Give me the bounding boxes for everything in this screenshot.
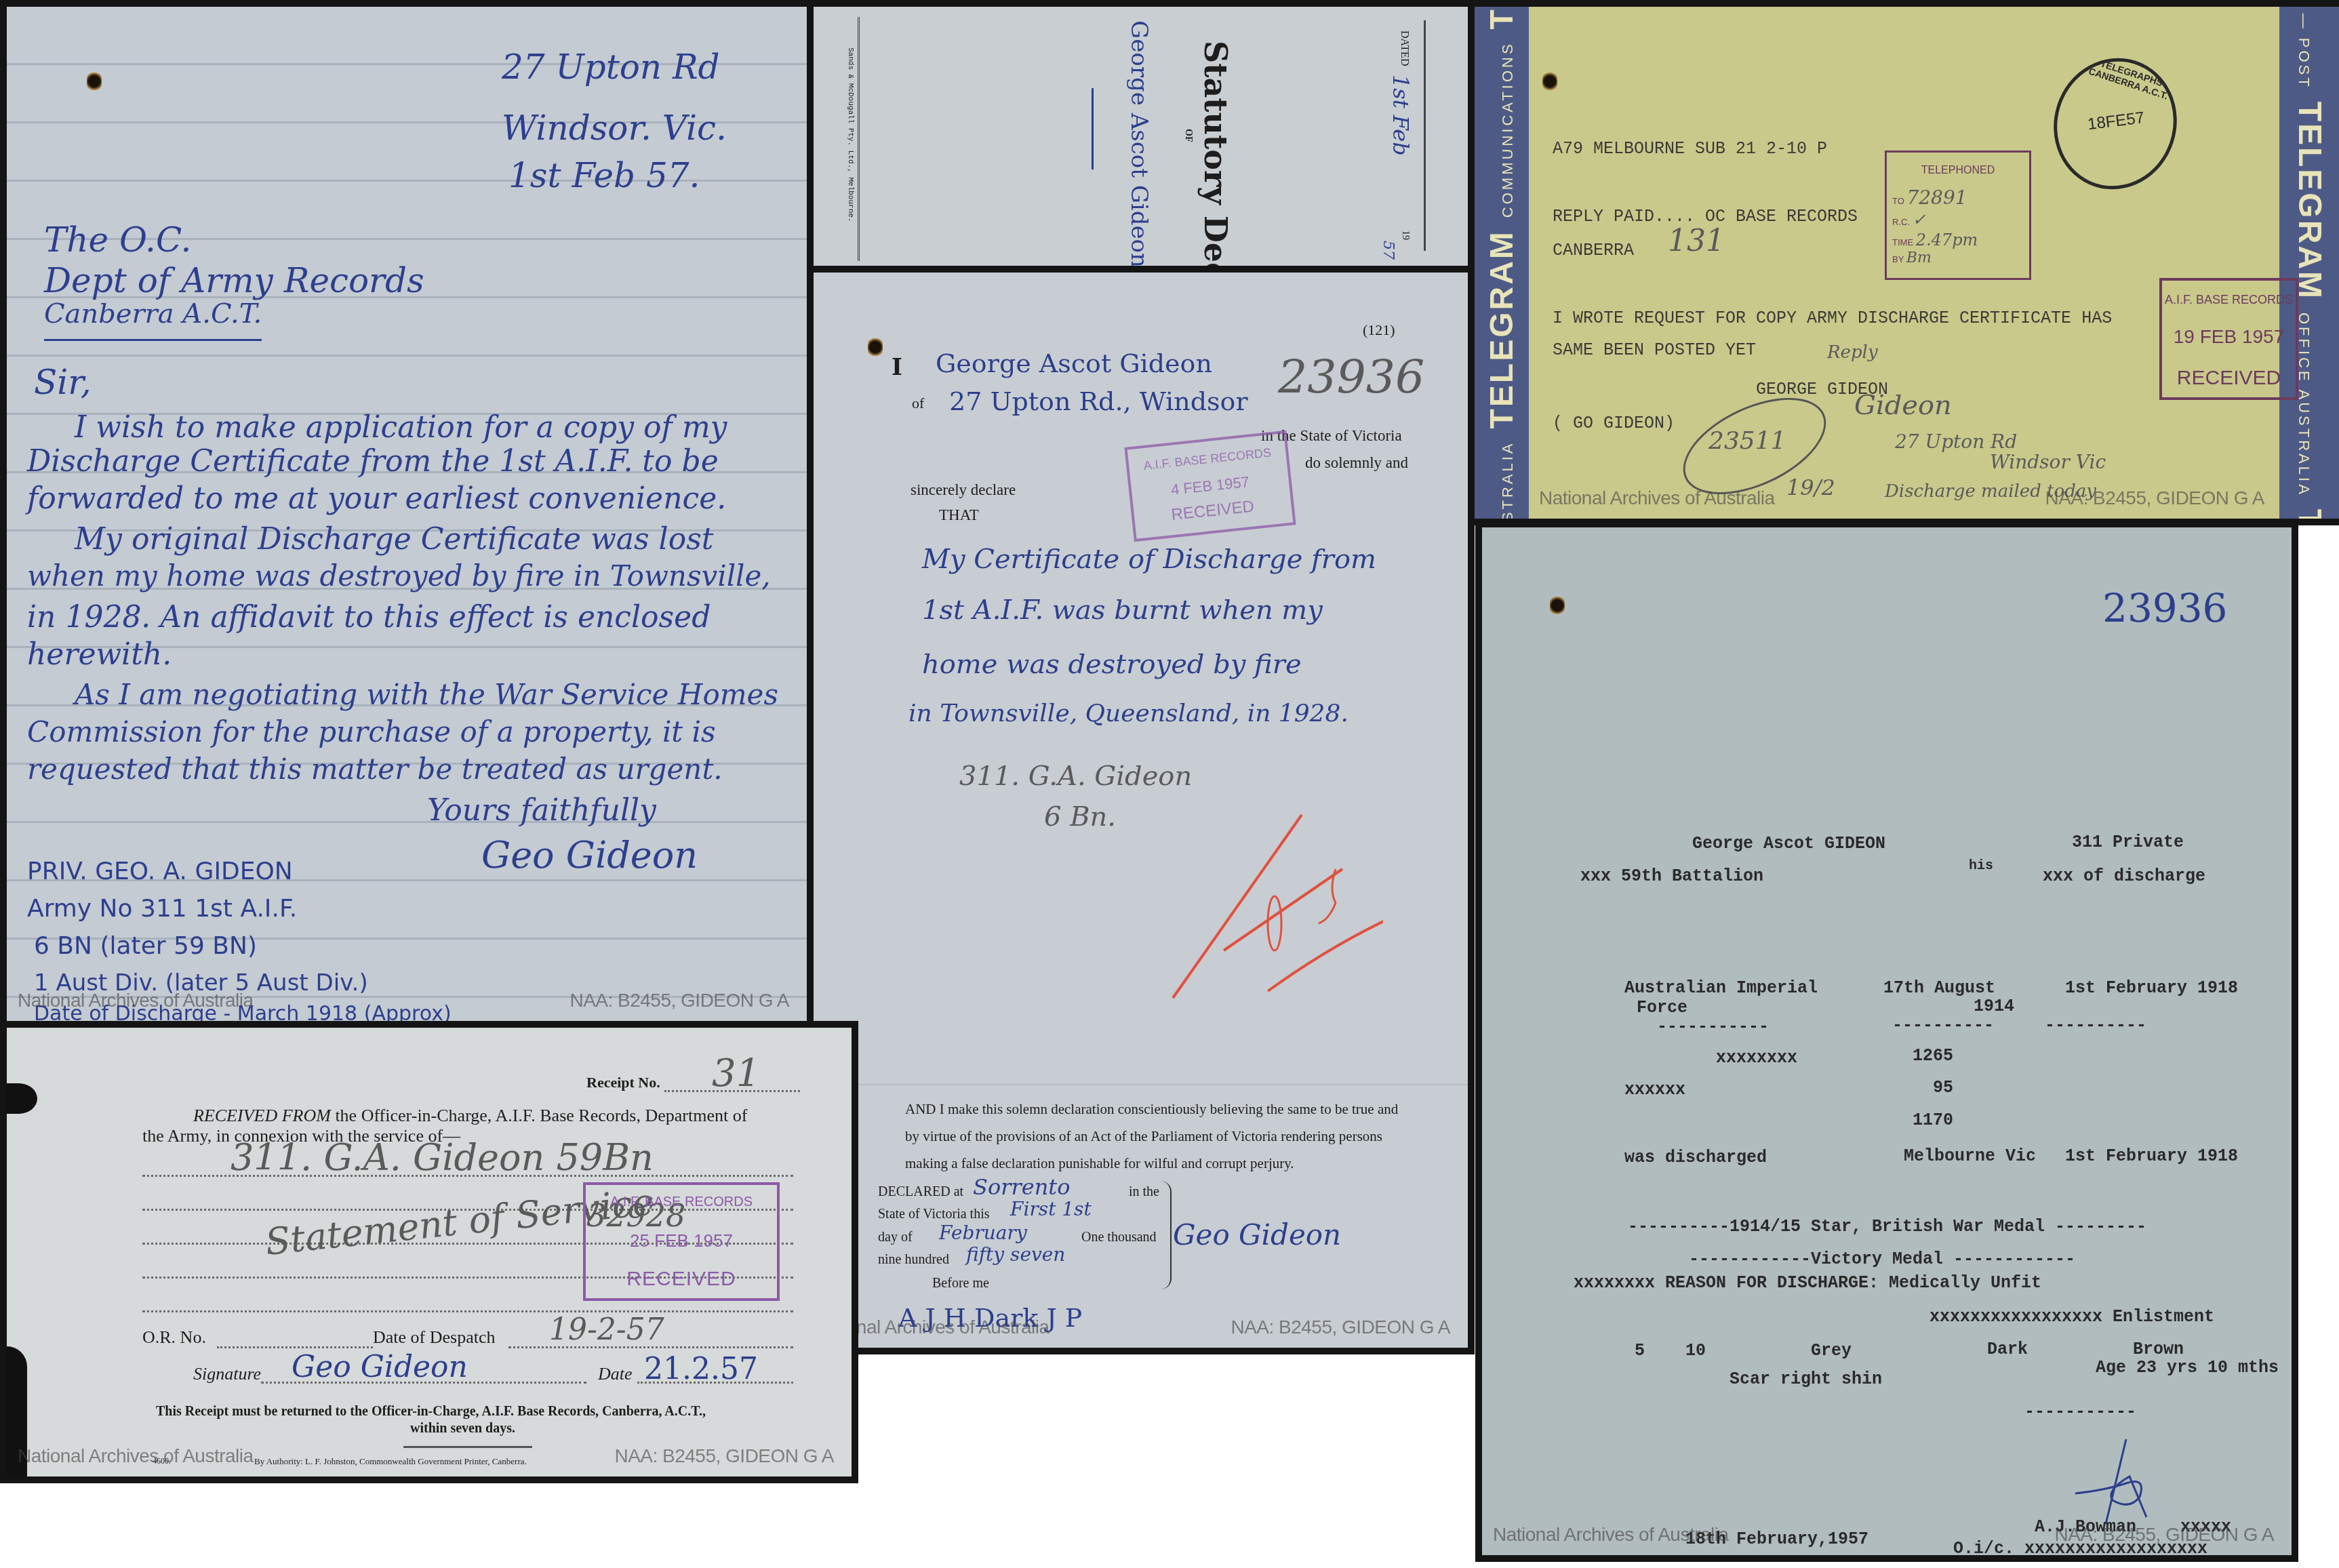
eyes: Grey: [1811, 1341, 1852, 1361]
i-label: I: [892, 354, 902, 381]
archive-watermark: National Archives of Australia: [1539, 487, 1775, 509]
letter-address-line: Windsor. Vic.: [502, 108, 727, 148]
reason-for-discharge: xxxxxxxx REASON FOR DISCHARGE: Medically…: [1574, 1273, 2041, 1293]
declarant-signature: Geo Gideon: [1173, 1218, 1341, 1251]
time-value: 2.47pm: [1916, 230, 1978, 249]
receipt-no-value: 31: [712, 1051, 760, 1095]
sincerely-text: sincerely declare: [911, 481, 1016, 499]
annotation: Gideon: [1854, 390, 1952, 421]
telegram: POST OFFICE AUSTRALIATELEGRAMCOMMUNICATI…: [1468, 0, 2339, 525]
message-line: SAME BEEN POSTED YET: [1553, 340, 1756, 360]
dash-rule: -----------: [1657, 1017, 1769, 1037]
postmark-ring-text: TELEGRAPHS CANBERRA A.C.T.: [2072, 50, 2188, 106]
reference-watermark: NAA: B2455, GIDEON G A: [569, 990, 789, 1011]
dotted-line: [142, 1175, 793, 1177]
letter-detail-line: 6 BN (later 59 BN): [34, 932, 257, 960]
form-number: (121): [1363, 321, 1395, 339]
binder-clip-icon: [0, 1083, 37, 1114]
printer-imprint: Sands & McDougall Pty. Ltd., Melbourne.: [846, 47, 854, 222]
in-the-label: in the: [1129, 1184, 1159, 1200]
force-line: Australian Imperial: [1624, 978, 1818, 998]
by-label: BY: [1892, 254, 1904, 264]
solemn-text-line: by virtue of the provisions of an Act of…: [905, 1128, 1382, 1145]
annotation: 19/2: [1786, 475, 1835, 500]
annotation: 23511: [1708, 427, 1786, 455]
discharged-label: was discharged: [1624, 1148, 1767, 1167]
message-line: I WROTE REQUEST FOR COPY ARMY DISCHARGE …: [1553, 308, 2112, 328]
reference-watermark: NAA: B2455, GIDEON G A: [1231, 1316, 1450, 1338]
return-notice-2: within seven days.: [410, 1421, 515, 1436]
postmark: TELEGRAPHS CANBERRA A.C.T. 18FE57: [2037, 42, 2193, 205]
letter-body-line: requested that this matter be treated as…: [27, 752, 723, 786]
letter-body-line: when my home was destroyed by fire in To…: [27, 559, 771, 592]
height-inches: 10: [1685, 1341, 1706, 1361]
reference-watermark: NAA: B2455, GIDEON G A: [2054, 1524, 2274, 1546]
time-label: TIME: [1892, 237, 1913, 247]
state-this-label: State of Victoria this: [878, 1207, 990, 1222]
archive-watermark: National Archives of Australia: [18, 990, 254, 1011]
received-from-label: RECEIVED FROM: [193, 1106, 331, 1125]
cover-dated-label: DATED: [1398, 31, 1410, 66]
statement-line: My Certificate of Discharge from: [922, 544, 1376, 575]
telegram-band-right: COMMUNICATIONS — POSTTELEGRAMOFFICE AUST…: [2279, 7, 2339, 519]
cover-year-prefix: 19: [1399, 230, 1410, 240]
despatch-label: Date of Despatch: [373, 1327, 495, 1348]
to-label: TO: [1892, 196, 1904, 206]
solemnly-text: do solemnly and: [1305, 454, 1408, 472]
stamp-line: A.I.F. BASE RECORDS: [2162, 293, 2296, 307]
dash-rule: ----------: [1892, 1016, 1994, 1035]
days-value: 1170: [1913, 1110, 1953, 1130]
annotation: 27 Upton Rd: [1895, 430, 2017, 453]
before-me-label: Before me: [932, 1276, 989, 1291]
pencil-annotation: 6 Bn.: [1044, 801, 1116, 832]
medals-line: ----------1914/15 Star, British War Meda…: [1628, 1217, 2146, 1237]
letter-date: 1st Feb 57.: [508, 156, 700, 195]
letter-recipient-line: The O.C.: [44, 220, 191, 260]
letter-body-line: I wish to make application for a copy of…: [75, 410, 727, 445]
dash-rule: ----------: [2045, 1016, 2146, 1035]
return-notice: This Receipt must be returned to the Off…: [156, 1404, 706, 1420]
cover-rule: [858, 17, 862, 261]
service-of-value: 311. G.A. Gideon 59Bn: [231, 1136, 654, 1179]
received-stamp: A.I.F. BASE RECORDS 25 FEB 1957 RECEIVED: [583, 1182, 780, 1301]
postmark-date: 18FE57: [2058, 105, 2174, 138]
annotation: Windsor Vic: [1990, 451, 2106, 473]
telegram-band-text: COMMUNICATIONS — POSTTELEGRAMOFFICE AUST…: [2291, 7, 2328, 519]
telephoned-box: TELEPHONED TO 72891 R.C. ✓ TIME 2.47pm B…: [1885, 150, 2031, 280]
letter-recipient-line: Canberra A.C.T.: [44, 298, 262, 341]
signature-value: Geo Gideon: [292, 1350, 468, 1384]
enlisted-year: 1914: [1974, 997, 2014, 1016]
archive-watermark: National Archives of Australia: [18, 1445, 254, 1467]
annotation: Reply: [1827, 342, 1878, 363]
of-discharge: xxx of discharge: [2043, 866, 2205, 886]
dash-rule: -----------: [2024, 1402, 2136, 1422]
letter-body-line: As I am negotiating with the War Service…: [75, 678, 778, 711]
statutory-declaration: (121) I George Ascot Gideon of 27 Upton …: [807, 266, 1475, 1354]
received-from-text: the Officer-in-Charge, A.I.F. Base Recor…: [335, 1106, 747, 1125]
solemn-text-line: making a false declaration punishable fo…: [905, 1155, 1294, 1172]
discharge-certificate-copy: 23936 George Ascot GIDEON 311 Private xx…: [1475, 521, 2298, 1562]
signature-label: Signature: [193, 1364, 261, 1384]
cover-underline: [1092, 88, 1094, 169]
cover-year-suffix: 57: [1380, 241, 1397, 260]
by-value: Bm: [1906, 249, 1932, 266]
letter-closing: Yours faithfully: [427, 793, 656, 828]
his-insert: his: [1969, 858, 1993, 874]
letter-scan: 27 Upton Rd Windsor. Vic. 1st Feb 57. Th…: [0, 0, 814, 1028]
letter-detail-line: Army No 311 1st A.I.F.: [27, 895, 297, 923]
sender-ref: ( GO GIDEON): [1553, 414, 1675, 433]
letter-body-line: Commission for the purchase of a propert…: [27, 715, 716, 748]
declarant-name: George Ascot Gideon: [936, 348, 1212, 378]
days-value: 1265: [1913, 1046, 1953, 1066]
stamp-line: A.I.F. BASE RECORDS: [1128, 444, 1286, 475]
age: Age 23 yrs 10 mths: [2096, 1358, 2279, 1378]
rc-label: R.C.: [1892, 217, 1910, 227]
letter-body-line: My original Discharge Certificate was lo…: [75, 522, 713, 557]
day-value: First 1st: [1010, 1198, 1092, 1220]
telegram-band-left: POST OFFICE AUSTRALIATELEGRAMCOMMUNICATI…: [1475, 7, 1529, 519]
days-label: xxxxxxxx: [1716, 1048, 1797, 1068]
that-label: THAT: [939, 506, 979, 524]
height-feet: 5: [1635, 1341, 1645, 1361]
to-value: 72891: [1906, 186, 1967, 209]
file-number: 23936: [2102, 585, 2228, 631]
punch-hole-icon: [87, 71, 102, 92]
enlistment-line: xxxxxxxxxxxxxxxxx Enlistment: [1930, 1307, 2214, 1327]
reference-watermark: NAA: B2455, GIDEON G A: [614, 1445, 834, 1467]
dotted-line: [217, 1346, 373, 1348]
month-value: February: [939, 1222, 1027, 1244]
letter-signature: Geo Gideon: [481, 834, 698, 877]
hair: Brown: [2133, 1340, 2184, 1359]
pencil-annotation: 311. G.A. Gideon: [959, 761, 1192, 792]
letter-body-line: herewith.: [27, 637, 172, 672]
unit: xxx 59th Battalion: [1580, 866, 1763, 886]
statutory-declaration-cover: Sands & McDougall Pty. Ltd., Melbourne. …: [807, 0, 1475, 273]
punch-hole-icon: [1550, 595, 1565, 616]
enlisted-date: 17th August: [1883, 978, 1995, 998]
date-label: Date: [598, 1364, 633, 1384]
statement-line: in Townsville, Queensland, in 1928.: [908, 700, 1348, 727]
file-number: 23936: [1278, 350, 1424, 404]
destination: CANBERRA: [1553, 241, 1634, 260]
soldier-name: George Ascot GIDEON: [1692, 834, 1885, 853]
cover-dated-value: 1st Feb: [1388, 75, 1414, 156]
or-no-label: O.R. No.: [142, 1327, 206, 1348]
punch-hole-icon: [868, 337, 883, 357]
telegram-header: A79 MELBOURNE SUB 21 2-10 P: [1553, 139, 1827, 159]
received-stamp: A.I.F. BASE RECORDS 19 FEB 1957 RECEIVED: [2159, 278, 2298, 400]
statement-line: 1st A.I.F. was burnt when my: [922, 595, 1323, 626]
brace: [1161, 1181, 1172, 1289]
medals-line: ------------Victory Medal ------------: [1689, 1249, 2075, 1269]
received-stamp: A.I.F. BASE RECORDS 4 FEB 1957 RECEIVED: [1124, 430, 1296, 542]
days-value: 95: [1933, 1078, 1953, 1098]
marks: Scar right shin: [1730, 1369, 1882, 1389]
fold-line: [814, 1084, 1468, 1085]
letter-salutation: Sir,: [34, 363, 92, 402]
letter-detail-line: PRIV. GEO. A. GIDEON: [27, 858, 293, 885]
solemn-text-line: AND I make this solemn declaration consc…: [905, 1101, 1398, 1118]
divider: [403, 1446, 532, 1448]
one-thousand-label: One thousand: [1081, 1230, 1157, 1245]
of-label: of: [912, 395, 924, 412]
dotted-line: [142, 1310, 793, 1312]
date-value: 21.2.57: [644, 1352, 758, 1386]
received-from-line: RECEIVED FROM the Officer-in-Charge, A.I…: [193, 1106, 747, 1126]
telegram-band-text: POST OFFICE AUSTRALIATELEGRAMCOMMUNICATI…: [1483, 7, 1521, 519]
force-line: Force: [1637, 998, 1687, 1018]
letter-recipient-line: Dept of Army Records: [44, 261, 424, 300]
stamp-date: 19 FEB 1957: [2162, 326, 2296, 348]
letter-address-line: 27 Upton Rd: [502, 47, 720, 87]
red-pencil-initials-icon: [1166, 801, 1383, 1005]
reference-watermark: NAA: B2455, GIDEON G A: [2045, 487, 2264, 509]
complexion: Dark: [1987, 1340, 2028, 1359]
cover-title: Statutory Declaration: [1197, 41, 1234, 273]
receipt-form: Receipt No. 31 RECEIVED FROM the Officer…: [0, 1021, 858, 1483]
stamp-status: RECEIVED: [586, 1268, 777, 1291]
declarant-address: 27 Upton Rd., Windsor: [949, 386, 1248, 416]
letter-body-line: Discharge Certificate from the 1st A.I.F…: [27, 444, 719, 479]
days-label: xxxxxx: [1624, 1080, 1685, 1100]
declared-at-label: DECLARED at: [878, 1184, 963, 1200]
letter-body-line: forwarded to me at your earliest conveni…: [27, 481, 726, 516]
officer-signature-icon: [2065, 1436, 2174, 1531]
year-value: fifty seven: [966, 1243, 1065, 1266]
receipt-no-label: Receipt No.: [586, 1074, 660, 1091]
stamp-date: 25 FEB 1957: [586, 1230, 777, 1251]
nine-hundred-label: nine hundred: [878, 1252, 949, 1268]
letter-body-line: in 1928. An affidavit to this effect is …: [27, 600, 711, 635]
stamp-line: A.I.F. BASE RECORDS: [586, 1194, 777, 1210]
printer-authority: By Authority: L. F. Johnston, Commonweal…: [254, 1456, 527, 1467]
declared-at-value: Sorrento: [973, 1174, 1070, 1200]
cover-declarant: George Ascot Gideon: [1125, 20, 1153, 268]
discharged-place: Melbourne Vic: [1904, 1146, 2036, 1166]
rc-value: ✓: [1913, 210, 1926, 229]
discharged-date: 1st February 1918: [2065, 1146, 2238, 1166]
archive-watermark: National Archives of Australia: [1493, 1524, 1729, 1546]
day-of-label: day of: [878, 1230, 913, 1245]
cover-rule: [1424, 20, 1426, 251]
cover-of-label: OF: [1182, 129, 1193, 142]
telephoned-title: TELEPHONED: [1887, 165, 2029, 177]
number-rank: 311 Private: [2072, 832, 2184, 852]
punch-hole-icon: [1542, 71, 1557, 92]
statement-line: home was destroyed by fire: [922, 649, 1302, 680]
destination-note: 131: [1668, 224, 1725, 258]
despatch-value: 19-2-57: [549, 1312, 664, 1347]
to-date: 1st February 1918: [2065, 978, 2238, 998]
stamp-status: RECEIVED: [2162, 367, 2296, 390]
